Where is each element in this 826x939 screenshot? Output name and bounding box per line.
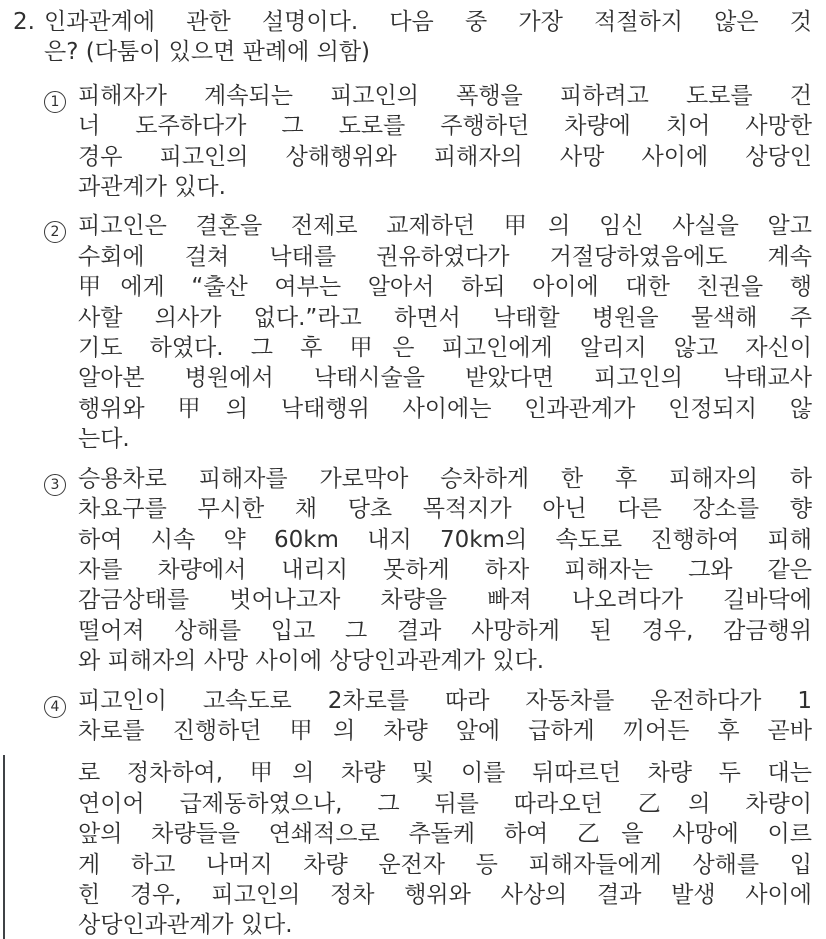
text-line: 기도 하였다. 그 후 甲은 피고인에게 알리지 않고 자신이 [78,333,812,363]
text-line: 피고인이 고속도로 2차로를 따라 자동차를 운전하다가 1 [78,686,812,716]
option-4-text: 피고인이 고속도로 2차로를 따라 자동차를 운전하다가 1차로를 진행하던 甲… [78,686,826,939]
option-2-circled-number-icon: 2 [44,211,78,454]
text-line: 행위와 甲의 낙태행위 사이에는 인과관계가 인정되지 않 [78,394,812,424]
option-3-circled-number-icon: 3 [44,464,78,677]
text-line: 사할 의사가 없다.”라고 하면서 낙태할 병원을 물색해 주 [78,303,812,333]
text-line: 甲에게 “출산 여부는 알아서 하되 아이에 대한 친권을 행 [78,272,812,302]
text-line: 로 정차하여, 甲의 차량 및 이를 뒤따르던 차량 두 대는 [78,758,812,788]
question-text: 인과관계에 관한 설명이다. 다음 중 가장 적절하지 않은 것은? (다툼이 … [44,7,826,68]
text-line: 인과관계에 관한 설명이다. 다음 중 가장 적절하지 않은 것 [44,7,812,37]
option-3-text: 승용차로 피해자를 가로막아 승차하게 한 후 피해자의 하차요구를 무시한 채… [78,464,826,677]
text-line: 힌 경우, 피고인의 정차 행위와 사상의 결과 발생 사이에 [78,880,812,910]
text-line: 차요구를 무시한 채 당초 목적지가 아닌 다른 장소를 향 [78,494,812,524]
text-line: 피고인은 결혼을 전제로 교제하던 甲의 임신 사실을 알고 [78,211,812,241]
text-line: 는다. [78,424,812,454]
option-1: 1 피해자가 계속되는 피고인의 폭행을 피하려고 도로를 건너 도주하다가 그… [44,81,826,203]
text-line: 차로를 진행하던 甲의 차량 앞에 급하게 끼어든 후 곧바 [78,716,812,746]
option-4-text-part2: 로 정차하여, 甲의 차량 및 이를 뒤따르던 차량 두 대는연이어 급제동하였… [78,758,812,939]
question-number: 2. [0,7,44,68]
text-line: 알아본 병원에서 낙태시술을 받았다면 피고인의 낙태교사 [78,363,812,393]
text-line: 수회에 걸쳐 낙태를 권유하였다가 거절당하였음에도 계속 [78,242,812,272]
text-line: 은? (다툼이 있으면 판례에 의함) [44,37,812,67]
option-3: 3 승용차로 피해자를 가로막아 승차하게 한 후 피해자의 하차요구를 무시한… [44,464,826,677]
text-line: 상당인과관계가 있다. [78,910,812,939]
text-line: 게 하고 나머지 차량 운전자 등 피해자들에게 상해를 입 [78,850,812,880]
text-line: 너 도주하다가 그 도로를 주행하던 차량에 치어 사망한 [78,111,812,141]
question-block: 2. 인과관계에 관한 설명이다. 다음 중 가장 적절하지 않은 것은? (다… [0,7,826,68]
text-line: 떨어져 상해를 입고 그 결과 사망하게 된 경우, 감금행위 [78,616,812,646]
text-line: 감금상태를 벗어나고자 차량을 빠져 나오려다가 길바닥에 [78,585,812,615]
option-2-text: 피고인은 결혼을 전제로 교제하던 甲의 임신 사실을 알고수회에 걸쳐 낙태를… [78,211,826,454]
text-line: 자를 차량에서 내리지 못하게 하자 피해자는 그와 같은 [78,555,812,585]
option-2-number: 2 [44,221,66,243]
text-line: 하여 시속 약 60km 내지 70km의 속도로 진행하여 피해 [78,525,812,555]
left-page-edge-rule [3,755,5,939]
option-4-number: 4 [44,696,66,718]
option-1-number: 1 [44,91,66,113]
option-1-text: 피해자가 계속되는 피고인의 폭행을 피하려고 도로를 건너 도주하다가 그 도… [78,81,826,203]
paragraph-gap [78,746,812,758]
text-line: 와 피해자의 사망 사이에 상당인과관계가 있다. [78,646,812,676]
text-line: 승용차로 피해자를 가로막아 승차하게 한 후 피해자의 하 [78,464,812,494]
option-1-circled-number-icon: 1 [44,81,78,203]
text-line: 경우 피고인의 상해행위와 피해자의 사망 사이에 상당인 [78,142,812,172]
exam-page: 2. 인과관계에 관한 설명이다. 다음 중 가장 적절하지 않은 것은? (다… [0,0,826,939]
option-2: 2 피고인은 결혼을 전제로 교제하던 甲의 임신 사실을 알고수회에 걸쳐 낙… [44,211,826,454]
option-4-text-part1: 피고인이 고속도로 2차로를 따라 자동차를 운전하다가 1차로를 진행하던 甲… [78,686,812,747]
option-4: 4 피고인이 고속도로 2차로를 따라 자동차를 운전하다가 1차로를 진행하던… [44,686,826,939]
option-4-circled-number-icon: 4 [44,686,78,939]
text-line: 연이어 급제동하였으나, 그 뒤를 따라오던 乙의 차량이 [78,789,812,819]
text-line: 앞의 차량들을 연쇄적으로 추돌케 하여 乙을 사망에 이르 [78,819,812,849]
option-3-number: 3 [44,474,66,496]
text-line: 과관계가 있다. [78,172,812,202]
text-line: 피해자가 계속되는 피고인의 폭행을 피하려고 도로를 건 [78,81,812,111]
